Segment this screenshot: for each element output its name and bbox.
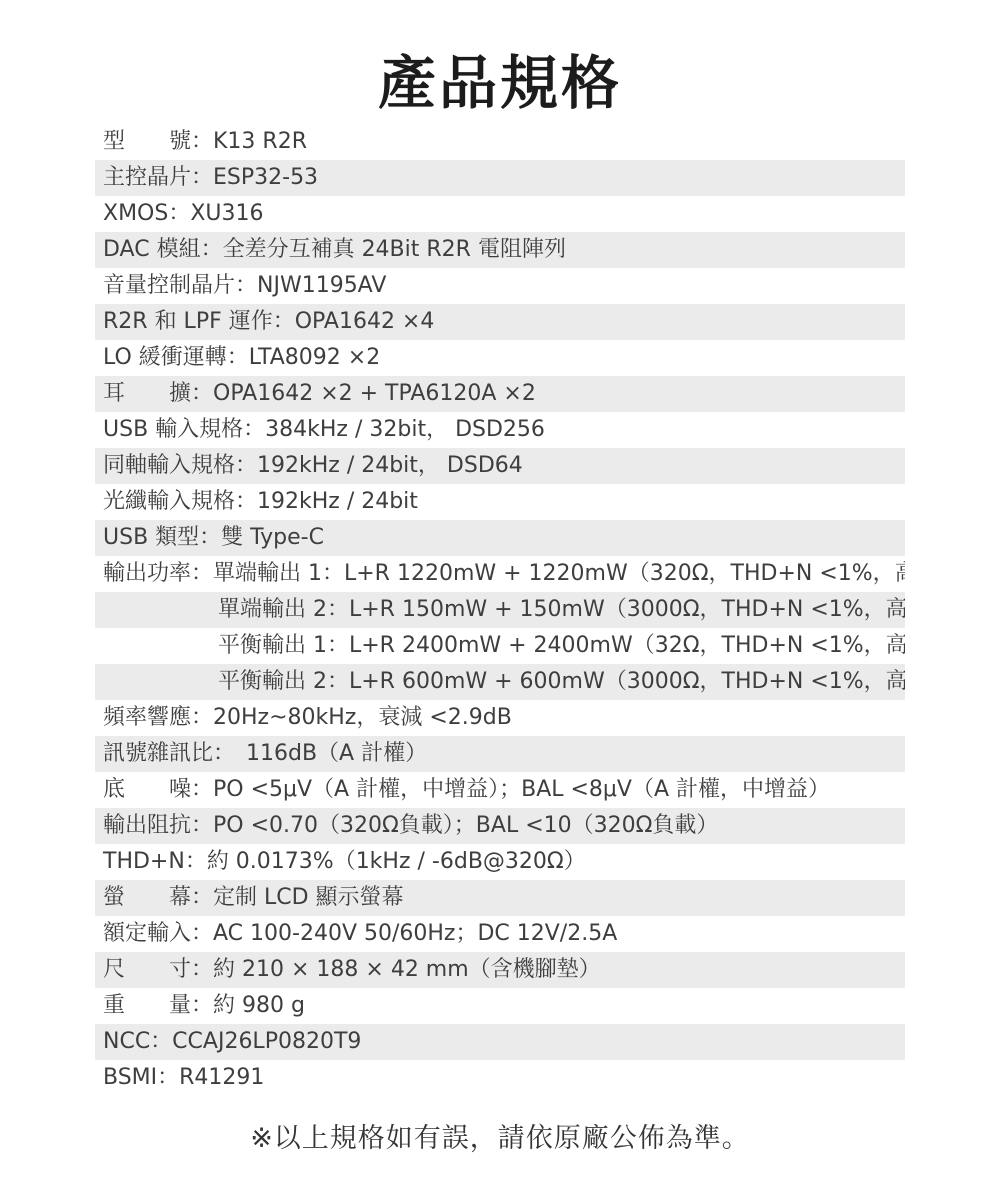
page-title: 產品規格 bbox=[0, 36, 1000, 120]
spec-table: 型 號：K13 R2R主控晶片：ESP32-53XMOS：XU316DAC 模組… bbox=[95, 124, 905, 1096]
table-row: 耳 擴：OPA1642 ×2 + TPA6120A ×2 bbox=[95, 376, 905, 412]
table-row: 光纖輸入規格：192kHz / 24bit bbox=[95, 484, 905, 520]
table-row: USB 類型：雙 Type-C bbox=[95, 520, 905, 556]
table-row: 輸出阻抗：PO <0.70（320Ω負載）；BAL <10（320Ω負載） bbox=[95, 808, 905, 844]
table-row: XMOS：XU316 bbox=[95, 196, 905, 232]
table-row: 同軸輸入規格：192kHz / 24bit， DSD64 bbox=[95, 448, 905, 484]
table-row: 重 量：約 980 g bbox=[95, 988, 905, 1024]
table-row: USB 輸入規格：384kHz / 32bit， DSD256 bbox=[95, 412, 905, 448]
table-row: 音量控制晶片：NJW1195AV bbox=[95, 268, 905, 304]
table-row: BSMI：R41291 bbox=[95, 1060, 905, 1096]
table-row: LO 緩衝運轉：LTA8092 ×2 bbox=[95, 340, 905, 376]
footer-note: ※以上規格如有誤，請依原廠公佈為準。 bbox=[0, 1116, 1000, 1155]
table-row: 額定輸入：AC 100-240V 50/60Hz；DC 12V/2.5A bbox=[95, 916, 905, 952]
table-row: 頻率響應：20Hz~80kHz，衰減 <2.9dB bbox=[95, 700, 905, 736]
table-row: 型 號：K13 R2R bbox=[95, 124, 905, 160]
table-row: 底 噪：PO <5μV（A 計權，中增益）；BAL <8μV（A 計權，中增益） bbox=[95, 772, 905, 808]
table-row: DAC 模組：全差分互補真 24Bit R2R 電阻陣列 bbox=[95, 232, 905, 268]
table-row: 主控晶片：ESP32-53 bbox=[95, 160, 905, 196]
table-row: NCC：CCAJ26LP0820T9 bbox=[95, 1024, 905, 1060]
table-row: 平衡輸出 1：L+R 2400mW + 2400mW（32Ω，THD+N <1%… bbox=[95, 628, 905, 664]
table-row: THD+N：約 0.0173%（1kHz / -6dB@320Ω） bbox=[95, 844, 905, 880]
table-row: 單端輸出 2：L+R 150mW + 150mW（3000Ω，THD+N <1%… bbox=[95, 592, 905, 628]
table-row: 平衡輸出 2：L+R 600mW + 600mW（3000Ω，THD+N <1%… bbox=[95, 664, 905, 700]
table-row: 訊號雜訊比： 116dB（A 計權） bbox=[95, 736, 905, 772]
table-row: 輸出功率：單端輸出 1：L+R 1220mW + 1220mW（320Ω，THD… bbox=[95, 556, 905, 592]
table-row: 螢 幕：定制 LCD 顯示螢幕 bbox=[95, 880, 905, 916]
table-row: R2R 和 LPF 運作：OPA1642 ×4 bbox=[95, 304, 905, 340]
table-row: 尺 寸：約 210 × 188 × 42 mm（含機腳墊） bbox=[95, 952, 905, 988]
